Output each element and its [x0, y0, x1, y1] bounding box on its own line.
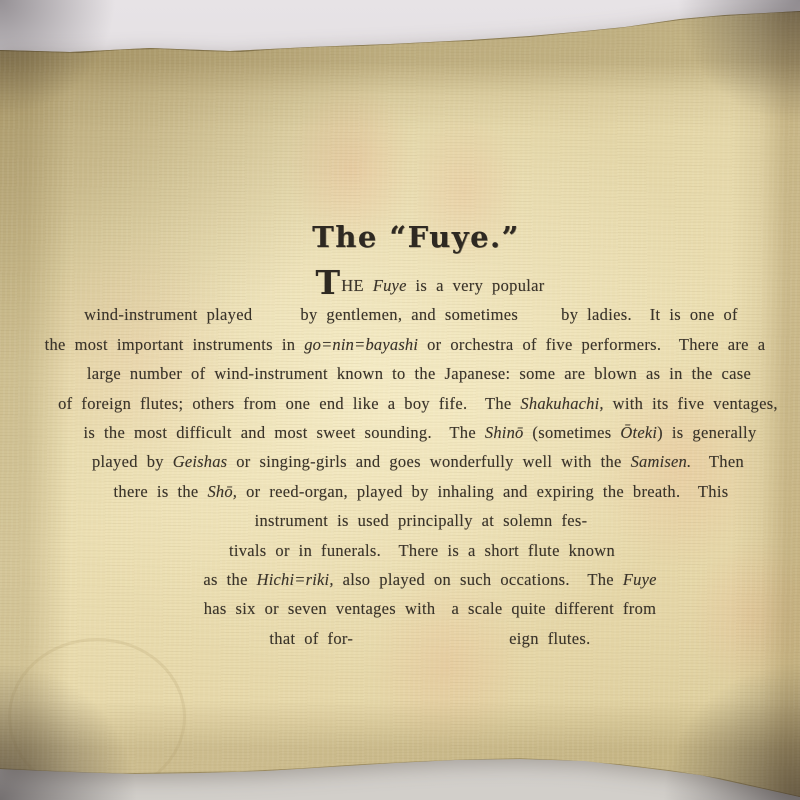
text-segment: or singing-girls and goes wonderfully we… [227, 452, 630, 472]
text-segment: Then [691, 452, 744, 472]
body-text: THE Fuye is a very popularwind-instrumen… [40, 276, 796, 658]
text-segment: is the most difficult and most sweet sou… [83, 423, 484, 443]
text-segment: of foreign flutes; others from one end l… [58, 394, 520, 414]
text-segment: has six or seven ventages with [204, 599, 436, 619]
text-segment: or orchestra of five performers. There a… [418, 335, 765, 355]
text-line: that of for-eign flutes. [52, 629, 800, 658]
text-segment: instrument is used principally at solemn… [255, 511, 588, 531]
text-segment: Shō, [207, 482, 237, 502]
text-segment: by gentlemen, and sometimes [300, 305, 518, 325]
text-segment: Fuye [623, 570, 657, 590]
text-segment: go=nin=bayashi [304, 335, 418, 355]
text-segment: by ladies. It is one of [561, 305, 738, 325]
text-line: large number of wind-instrument known to… [41, 364, 797, 393]
text-line: the most important instruments in go=nin… [27, 335, 783, 364]
text-segment: with its five ventages, [604, 394, 778, 414]
text-segment: there is the [114, 482, 208, 502]
text-segment: Samisen. [631, 452, 692, 472]
text-line: played by Geishas or singing-girls and g… [40, 452, 796, 481]
text-segment: Geishas [173, 452, 228, 472]
text-line: wind-instrument playedby gentlemen, and … [33, 305, 789, 334]
text-line: instrument is used principally at solemn… [43, 511, 799, 540]
paper-surface: The “Fuye.” THE Fuye is a very popularwi… [0, 0, 800, 800]
text-segment: Ōteki [620, 423, 657, 443]
text-line: tivals or in funerals. There is a short … [44, 541, 800, 570]
text-line: as the Hichi=riki, also played on such o… [52, 570, 800, 599]
paper-sheet: The “Fuye.” THE Fuye is a very popularwi… [0, 0, 800, 800]
text-line: of foreign flutes; others from one end l… [40, 394, 796, 423]
text-segment: Shakuhachi, [520, 394, 603, 414]
text-line: has six or seven ventages witha scale qu… [52, 599, 800, 628]
page-title: The “Fuye.” [16, 220, 800, 254]
photo-background: The “Fuye.” THE Fuye is a very popularwi… [0, 0, 800, 800]
text-segment: that of for- [269, 629, 353, 649]
text-segment: Shinō [485, 423, 524, 443]
text-segment: large number of wind-instrument known to… [87, 364, 751, 384]
text-segment: Fuye [373, 276, 407, 296]
text-segment: a scale quite different from [451, 599, 656, 619]
text-segment: the most important instruments in [45, 335, 305, 355]
text-segment: played by [92, 452, 173, 472]
text-segment: wind-instrument played [84, 305, 252, 325]
text-segment: HE [341, 276, 373, 296]
text-segment: or reed-organ, played by inhaling and ex… [237, 482, 728, 502]
text-line: there is the Shō, or reed-organ, played … [43, 482, 799, 511]
text-segment: (sometimes [524, 423, 621, 443]
text-segment: also played on such occations. The [334, 570, 623, 590]
text-segment: is a very popular [407, 276, 545, 296]
text-line: THE Fuye is a very popular [52, 276, 800, 305]
text-segment: as the [203, 570, 256, 590]
text-segment: eign flutes. [509, 629, 590, 649]
text-segment: Hichi=riki, [257, 570, 334, 590]
text-segment: tivals or in funerals. There is a short … [229, 541, 615, 561]
text-segment: ) is generally [657, 423, 756, 443]
text-line: is the most difficult and most sweet sou… [42, 423, 798, 452]
printed-page-content: The “Fuye.” THE Fuye is a very popularwi… [0, 0, 800, 800]
